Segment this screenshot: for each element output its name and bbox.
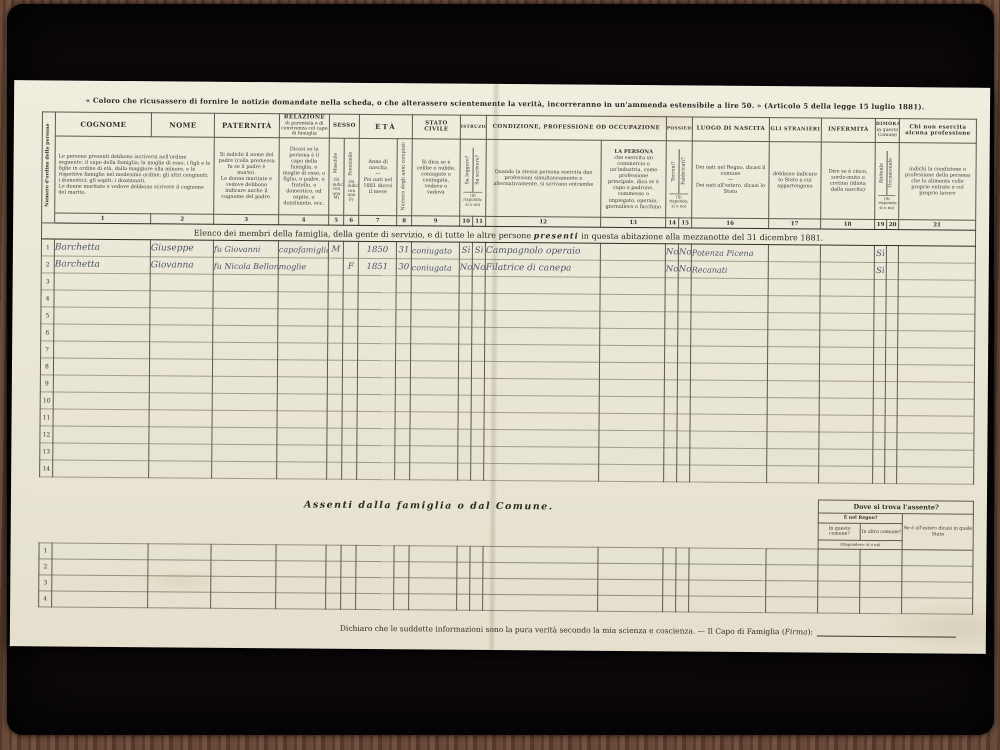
stranieri-instructions: debbono indicare lo Stato a cui apparten…: [769, 142, 822, 220]
col-header-stranieri: GLI STRANIERI: [769, 118, 821, 142]
sesso-f-value: [343, 241, 358, 258]
census-table: Numero d'ordine delle persone COGNOME NO…: [39, 111, 977, 485]
this-comune-header: In questo comune?: [818, 523, 860, 540]
chi-non-esercita-instructions: indichi la condizione o professione dell…: [899, 143, 977, 221]
sa-leggere-label: Sa leggere?: [463, 148, 473, 192]
census-sheet: « Coloro che ricusassero di fornire le n…: [10, 80, 990, 654]
col-header-relazione: RELAZIONEdi parentela e di convivenza co…: [279, 114, 329, 138]
possiede-nota: (Si risponda: sì o no): [669, 193, 688, 209]
stato-civile-value: coniugato: [411, 242, 459, 259]
signature-line: [817, 629, 956, 638]
sa-scrivere-value: No: [472, 259, 485, 276]
numero-ordine-label: Numero d'ordine delle persone: [46, 124, 52, 208]
anni-compiuti-value: 31: [396, 242, 411, 259]
paternita-instructions: Si indichi il nome del padre (colla prem…: [214, 137, 280, 215]
anno-nascita-value: 1850: [358, 242, 396, 259]
abroad-header: Se è all'estero dicasi in quale Stato: [902, 514, 973, 551]
terreni-label: Terreni?: [669, 149, 679, 193]
sesso-m-value: [328, 258, 343, 275]
col-header-cognome: COGNOME: [55, 112, 151, 137]
sa-scrivere-label: Sa scrivere?: [473, 148, 482, 192]
other-comune-header: In altro comune?: [860, 524, 902, 541]
condizione-instructions: Quando la stessa persona esercita due pr…: [486, 139, 602, 217]
istruzione-header: Sa leggere? Sa scrivere? (Si risponda: s…: [460, 139, 487, 216]
possiede-header: Terreni? Fabbricati? (Si risponda: sì o …: [666, 141, 693, 218]
luogo-nascita-instructions: Dei nati nel Regno, dicasi il comune — D…: [692, 141, 770, 219]
stato-civile-value: coniugata: [411, 259, 459, 276]
istruzione-nota: (Si risponda: sì o no): [463, 192, 482, 208]
condizione-value: Filatrice di canepa: [485, 260, 600, 278]
col-header-sesso: SESSO: [329, 114, 359, 138]
col-header-dimora: DIMORAin questo Comune: [875, 118, 899, 142]
fabbricati-value: No: [678, 244, 691, 261]
col-header-paternita: PATERNITÀ: [214, 113, 279, 138]
col-header-eta: ETÀ: [359, 114, 412, 138]
where-absent-header: Dove si trova l'assente?: [819, 500, 974, 514]
terreni-value: No: [665, 261, 678, 278]
fabbricati-label: Fabbricati?: [679, 149, 688, 193]
dimora-nota: (Si risponda: sì o no): [878, 195, 895, 211]
cognome-value: Barchetta: [54, 239, 150, 257]
dimora-abituale-value: Sì: [874, 246, 886, 263]
anni-compiuti-header: Numero degli anni compiuti: [397, 139, 413, 216]
cognome-nome-instructions: Le persone presenti debbono iscriversi n…: [55, 136, 215, 214]
infermita-instructions: Dire se è cieco, sordo-muto o cretino (i…: [821, 142, 876, 220]
header-descriptions-row: Le persone presenti debbono iscriversi n…: [42, 136, 977, 221]
nome-value: Giovanna: [150, 257, 213, 274]
fabbricati-value: No: [678, 261, 691, 278]
absent-section-title: Assenti dalla famiglia o dal Comune.: [39, 494, 818, 514]
stato-civile-instructions: Si dica se è celibe o nubile, coniugato …: [412, 139, 461, 217]
sesso-f-value: F: [343, 258, 358, 275]
relazione-instructions: Dicasi se la persona è il capo della fam…: [279, 138, 330, 216]
legal-warning: « Coloro che ricusassero di fornire le n…: [44, 95, 966, 111]
sa-scrivere-value: Sì: [472, 242, 485, 259]
absent-table: Assenti dalla famiglia o dal Comune. Dov…: [38, 494, 974, 615]
in-regno-header: È nel Regno?: [819, 513, 903, 524]
col-header-luogo-nascita: LUOGO DI NASCITA: [692, 117, 769, 142]
absent-title-area: Assenti dalla famiglia o dal Comune.: [39, 494, 819, 549]
abituale-label: Abituale: [878, 151, 887, 195]
declaration-line: Dichiaro che le suddette informazioni so…: [340, 624, 956, 638]
la-persona-instructions: LA PERSONAche esercita un commercio o un…: [601, 140, 667, 218]
sa-leggere-value: No: [459, 259, 472, 276]
relazione-value: capofamiglia: [278, 241, 328, 258]
maschile-header: Maschile(Si indichi con una M): [329, 138, 345, 215]
col-header-possiede: POSSIEDE: [666, 117, 692, 141]
condizione-value: Campagnolo operaio: [485, 243, 600, 261]
terreni-value: No: [665, 244, 678, 261]
col-header-infermita: INFERMITÀ: [821, 118, 875, 142]
nome-value: Giuseppe: [150, 240, 213, 257]
col-header-condizione: CONDIZIONE, PROFESSIONE OD OCCUPAZIONE: [486, 115, 666, 140]
occasionale-label: Occasionale: [887, 151, 895, 195]
col-header-stato-civile: STATO CIVILE: [412, 115, 460, 139]
sa-leggere-value: Sì: [459, 242, 472, 259]
absent-section: Assenti dalla famiglia o dal Comune. Dov…: [10, 493, 987, 615]
anni-compiuti-value: 30: [396, 259, 411, 276]
dimora-abituale-value: Sì: [874, 263, 886, 280]
paternita-value: fu Giovanni: [213, 240, 278, 258]
col-header-numero-ordine: Numero d'ordine delle persone: [42, 112, 56, 223]
anno-nascita-header: Anno di nascita — Pei nati nel 1881 dice…: [359, 138, 398, 215]
relazione-value: moglie: [278, 258, 328, 275]
luogo-nascita-value: Recanati: [691, 261, 768, 279]
anno-nascita-value: 1851: [358, 259, 396, 276]
col-header-nome: NOME: [151, 113, 214, 137]
cognome-value: Barchetta: [54, 256, 150, 274]
dimora-header: Abituale Occasionale (Si risponda: sì o …: [875, 142, 900, 219]
luogo-nascita-value: Potenza Picena: [691, 244, 768, 262]
femminile-header: Femminile(Si indichi con una F): [344, 138, 360, 215]
col-header-chi-non-esercita: Chi non esercita alcuna professione: [899, 119, 976, 144]
sesso-m-value: M: [328, 241, 343, 258]
paternita-value: fu Nicola Belloni: [213, 257, 278, 275]
col-header-istruzione: ISTRUZIONE: [460, 115, 486, 139]
